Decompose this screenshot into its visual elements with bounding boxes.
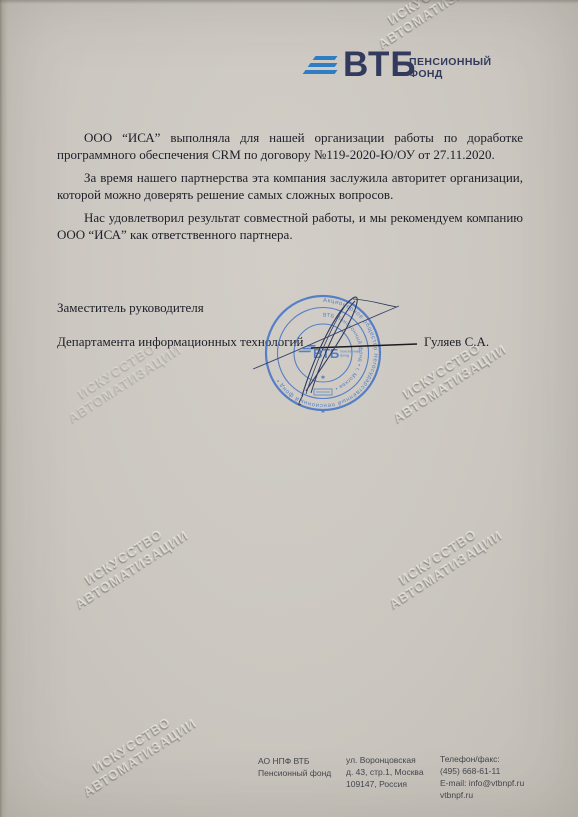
vtb-stripes-icon [303, 56, 343, 78]
footer-address: ул. Воронцовская д. 43, стр.1, Москва 10… [346, 754, 424, 790]
vtb-logo-subtitle: ПЕНСИОННЫЙ ФОНД [409, 56, 491, 80]
paragraph-2: За время нашего партнерства эта компания… [57, 170, 523, 203]
watermark: ИСКУССТВО АВТОМАТИЗАЦИИ [64, 515, 191, 612]
footer-address-line1: ул. Воронцовская [346, 754, 424, 766]
paragraph-3: Нас удовлетворил результат совместной ра… [57, 210, 523, 243]
svg-text:✱: ✱ [321, 375, 325, 381]
footer-website: vtbnpf.ru [440, 789, 524, 801]
footer-contacts: Телефон/факс: (495) 668-61-11 E-mail: in… [440, 753, 524, 801]
signer-title-line1: Заместитель руководителя [57, 300, 204, 316]
vtb-logo-wordmark: ВТБ [343, 45, 416, 85]
footer-phone-number: (495) 668-61-11 [440, 765, 524, 777]
watermark: ИСКУССТВО АВТОМАТИЗАЦИИ [72, 703, 199, 800]
letter-page: ИСКУССТВО АВТОМАТИЗАЦИИ ИСКУССТВО АВТОМА… [0, 0, 578, 817]
stamp-center-caption-line2: фонд [340, 354, 350, 358]
footer-address-line3: 109147, Россия [346, 778, 424, 790]
svg-text:✱: ✱ [321, 409, 325, 415]
footer-org-line2: Пенсионный фонд [258, 767, 331, 779]
paper-edge-shadow [0, 0, 8, 817]
vtb-logo-subtitle-line2: ФОНД [409, 68, 491, 80]
signer-name: Гуляев С.А. [424, 334, 489, 350]
watermark: ИСКУССТВО АВТОМАТИЗАЦИИ [367, 0, 494, 51]
watermark: ИСКУССТВО АВТОМАТИЗАЦИИ [378, 515, 505, 612]
watermark-line2: АВТОМАТИЗАЦИИ [376, 0, 495, 51]
footer-email: E-mail: info@vtbnpf.ru [440, 777, 524, 789]
watermark-line1: ИСКУССТВО [72, 703, 191, 787]
stamp-center-brand: ВТБ [313, 346, 339, 361]
letter-body: ООО “ИСА” выполняла для нашей организаци… [57, 130, 523, 250]
paper-top-shadow [0, 0, 578, 4]
footer-org: АО НПФ ВТБ Пенсионный фонд [258, 755, 331, 779]
vtb-logo-subtitle-line1: ПЕНСИОННЫЙ [409, 56, 491, 68]
watermark-line1: ИСКУССТВО [378, 515, 497, 599]
footer-address-line2: д. 43, стр.1, Москва [346, 766, 424, 778]
watermark-line1: ИСКУССТВО [64, 515, 183, 599]
paragraph-1: ООО “ИСА” выполняла для нашей организаци… [57, 130, 523, 163]
footer-org-line1: АО НПФ ВТБ [258, 755, 331, 767]
round-stamp: Акционерное общество Негосударственный п… [259, 289, 387, 417]
footer-phone-label: Телефон/факс: [440, 753, 524, 765]
